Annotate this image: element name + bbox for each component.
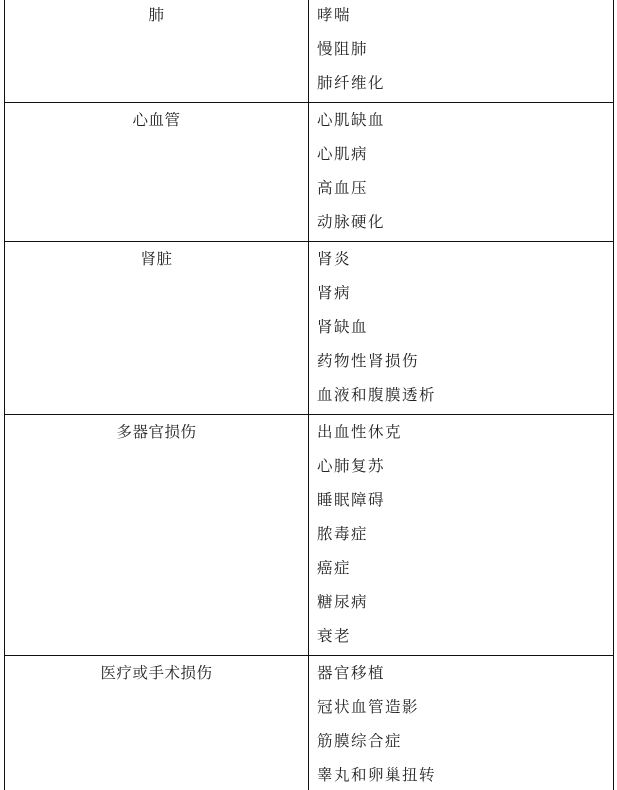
list-item: 脓毒症 — [309, 517, 613, 551]
list-item: 筋膜综合症 — [309, 724, 613, 758]
category-label: 医疗或手术损伤 — [5, 656, 308, 690]
list-item: 心肌病 — [309, 137, 613, 171]
category-label: 多器官损伤 — [5, 415, 308, 449]
items-cell: 器官移植 冠状血管造影 筋膜综合症 睾丸和卵巢扭转 — [309, 656, 614, 790]
list-item: 心肺复苏 — [309, 449, 613, 483]
category-label: 肺 — [5, 0, 308, 32]
category-label: 肾脏 — [5, 242, 308, 276]
table-row-cardiovascular: 心血管 心肌缺血 心肌病 高血压 动脉硬化 — [5, 103, 614, 242]
category-cell: 肾脏 — [5, 242, 309, 415]
items-cell: 出血性休克 心肺复苏 睡眠障碍 脓毒症 癌症 糖尿病 衰老 — [309, 415, 614, 656]
table-row-multi-organ: 多器官损伤 出血性休克 心肺复苏 睡眠障碍 脓毒症 癌症 糖尿病 衰老 — [5, 415, 614, 656]
disease-category-table: 肺 哮喘 慢阻肺 肺纤维化 心血管 心肌缺血 心肌病 高血压 动脉硬化 — [4, 0, 614, 790]
list-item: 慢阻肺 — [309, 32, 613, 66]
list-item: 睡眠障碍 — [309, 483, 613, 517]
table-row-lung: 肺 哮喘 慢阻肺 肺纤维化 — [5, 0, 614, 103]
items-cell: 肾炎 肾病 肾缺血 药物性肾损伤 血液和腹膜透析 — [309, 242, 614, 415]
category-cell: 心血管 — [5, 103, 309, 242]
list-item: 出血性休克 — [309, 415, 613, 449]
list-item: 肾病 — [309, 276, 613, 310]
category-cell: 医疗或手术损伤 — [5, 656, 309, 790]
list-item: 肺纤维化 — [309, 66, 613, 100]
list-item: 肾炎 — [309, 242, 613, 276]
list-item: 冠状血管造影 — [309, 690, 613, 724]
items-cell: 哮喘 慢阻肺 肺纤维化 — [309, 0, 614, 103]
list-item: 癌症 — [309, 551, 613, 585]
items-cell: 心肌缺血 心肌病 高血压 动脉硬化 — [309, 103, 614, 242]
category-cell: 多器官损伤 — [5, 415, 309, 656]
list-item: 高血压 — [309, 171, 613, 205]
list-item: 糖尿病 — [309, 585, 613, 619]
list-item: 药物性肾损伤 — [309, 344, 613, 378]
list-item: 哮喘 — [309, 0, 613, 32]
list-item: 器官移植 — [309, 656, 613, 690]
list-item: 血液和腹膜透析 — [309, 378, 613, 412]
table-row-medical-surgical: 医疗或手术损伤 器官移植 冠状血管造影 筋膜综合症 睾丸和卵巢扭转 — [5, 656, 614, 790]
table-row-kidney: 肾脏 肾炎 肾病 肾缺血 药物性肾损伤 血液和腹膜透析 — [5, 242, 614, 415]
list-item: 睾丸和卵巢扭转 — [309, 758, 613, 790]
category-label: 心血管 — [5, 103, 308, 137]
list-item: 肾缺血 — [309, 310, 613, 344]
list-item: 心肌缺血 — [309, 103, 613, 137]
list-item: 动脉硬化 — [309, 205, 613, 239]
list-item: 衰老 — [309, 619, 613, 653]
category-cell: 肺 — [5, 0, 309, 103]
